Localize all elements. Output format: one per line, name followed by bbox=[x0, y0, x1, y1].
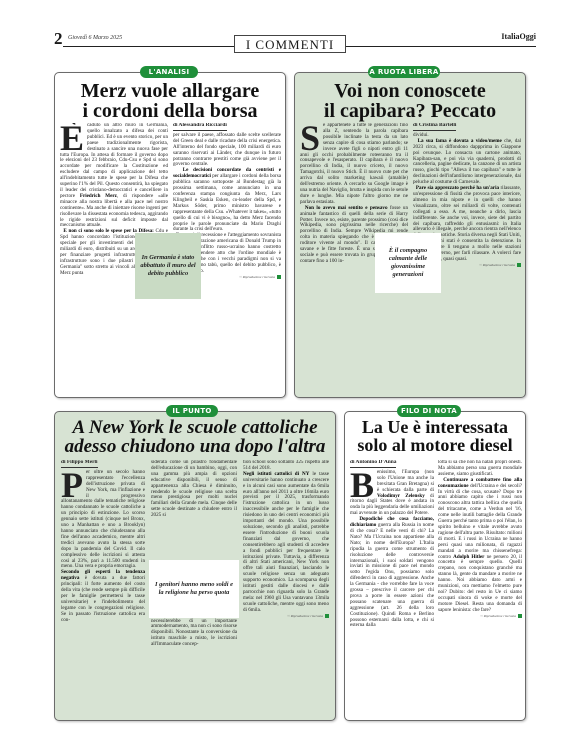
article-column-2: lotta si sa che non ha natali propri one… bbox=[438, 460, 522, 716]
drop-cap: S bbox=[300, 124, 320, 152]
article-column-1: di Antonino D'Anna Benissimo, l'Europa (… bbox=[350, 460, 434, 716]
article-column-3: tion school sono soltanto 325 rispetto a… bbox=[243, 460, 329, 716]
byline: di Cristina Bartelli bbox=[413, 123, 456, 131]
drop-cap: È bbox=[60, 124, 84, 152]
tag-ruota-libera: A RUOTA LIBERA bbox=[368, 66, 440, 78]
title-line-2: adesso chiudono una dopo l'altra bbox=[55, 437, 335, 456]
title-line-1: Merz vuole allargare bbox=[55, 81, 285, 101]
drop-cap: B bbox=[350, 471, 374, 499]
copyright-line: © Riproduzione riservata bbox=[438, 614, 522, 620]
title-line-1: A New York le scuole cattoliche bbox=[55, 418, 335, 437]
article-title: La Ue è interessata solo al motore diese… bbox=[345, 418, 525, 454]
page-header: 2 Giovedì 6 Marzo 2025 I COMMENTI Italia… bbox=[54, 30, 536, 54]
byline: di Antonino D'Anna bbox=[350, 460, 396, 468]
article-title: Merz vuole allargare i cordoni della bor… bbox=[55, 81, 285, 121]
copyright-line: © Riproduzione riservata bbox=[243, 614, 329, 620]
title-line-2: i cordoni della borsa bbox=[55, 101, 285, 121]
article-column-1: di Filippo Merli Per oltre un secolo han… bbox=[61, 460, 145, 716]
tag-analisi: L'ANALISI bbox=[140, 66, 198, 78]
end-square-icon bbox=[518, 614, 522, 618]
title-line-1: Voi non conoscete bbox=[295, 81, 525, 101]
pull-quote: In Germania è stato abbattuto il muro de… bbox=[135, 233, 201, 299]
section-title: I COMMENTI bbox=[234, 35, 346, 53]
article-il-punto: A New York le scuole cattoliche adesso c… bbox=[54, 411, 336, 721]
tag-il-punto: IL PUNTO bbox=[166, 405, 218, 417]
pull-quote: I genitori hanno meno soldi e la religio… bbox=[149, 560, 239, 618]
page-number: 2 bbox=[54, 30, 63, 48]
page-date: Giovedì 6 Marzo 2025 bbox=[68, 35, 122, 41]
end-square-icon bbox=[517, 263, 521, 267]
article-ruota-libera: Voi non conoscete il capibara? Peccato S… bbox=[294, 72, 526, 398]
title-line-1: La Ue è interessata bbox=[345, 418, 525, 436]
drop-cap: P bbox=[61, 471, 83, 499]
article-title: Voi non conoscete il capibara? Peccato bbox=[295, 81, 525, 121]
title-line-2: solo al motore diesel bbox=[345, 436, 525, 454]
title-line-2: il capibara? Peccato bbox=[295, 101, 525, 121]
byline: di Alessandra Ricciardi bbox=[173, 123, 227, 131]
byline: di Filippo Merli bbox=[61, 460, 98, 468]
brand-logo: ItaliaOggi bbox=[497, 32, 536, 41]
end-square-icon bbox=[325, 614, 329, 618]
article-analisi: Merz vuole allargare i cordoni della bor… bbox=[54, 72, 286, 398]
article-filo-di-nota: La Ue è interessata solo al motore diese… bbox=[344, 411, 526, 721]
article-title: A New York le scuole cattoliche adesso c… bbox=[55, 418, 335, 456]
pull-quote: È il compagno calmante delle giovanissim… bbox=[375, 233, 441, 293]
end-square-icon bbox=[277, 275, 281, 279]
tag-filo-di-nota: FILO DI NOTA bbox=[397, 405, 461, 417]
